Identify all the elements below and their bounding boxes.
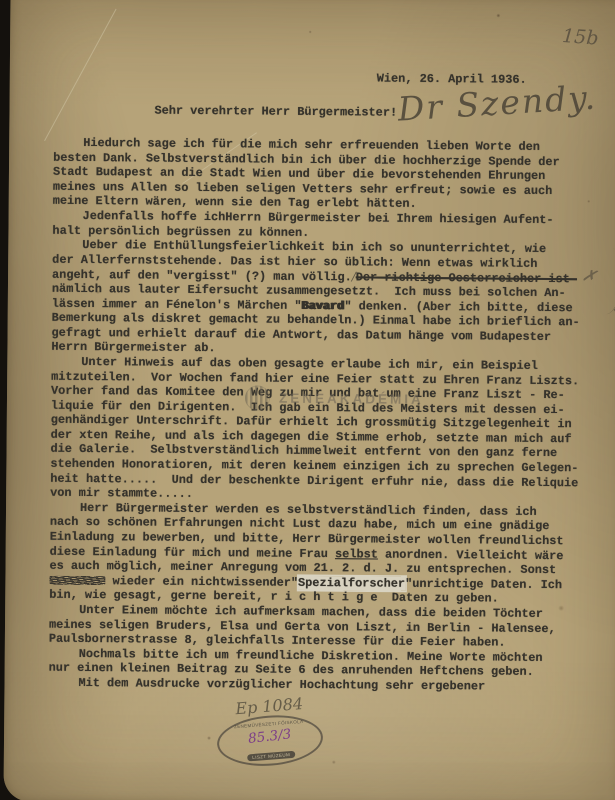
- paper-sheet: 15b Wien, 26. April 1936. Dr Szendy. Seh…: [3, 0, 615, 800]
- scanned-letter-screenshot: { "letter": { "date": "Wien, 26. April 1…: [0, 0, 615, 800]
- letter-segment-highlight: Spezialforscher: [298, 576, 405, 591]
- salutation: Sehr verehrter Herr Bürgermeister!: [154, 104, 397, 120]
- archive-page-number: 15b: [561, 25, 599, 50]
- letter-segment-underline: selbst: [335, 547, 378, 561]
- letter-segment-scribble: [49, 576, 105, 585]
- paper-scratch: [44, 9, 116, 141]
- museum-oval-stamp: ZENEMŰVÉSZETI FŐISKOLA 85.3/3 LISZT MÚZE…: [215, 712, 325, 770]
- pencil-arc-mark: [596, 247, 615, 315]
- letter-segment-overtype: Bavard: [302, 298, 345, 312]
- letter-body: Hiedurch sage ich für die mich sehr erfr…: [48, 136, 598, 695]
- stamp-arc-bottom-text: LISZT MÚZEUM: [247, 751, 295, 762]
